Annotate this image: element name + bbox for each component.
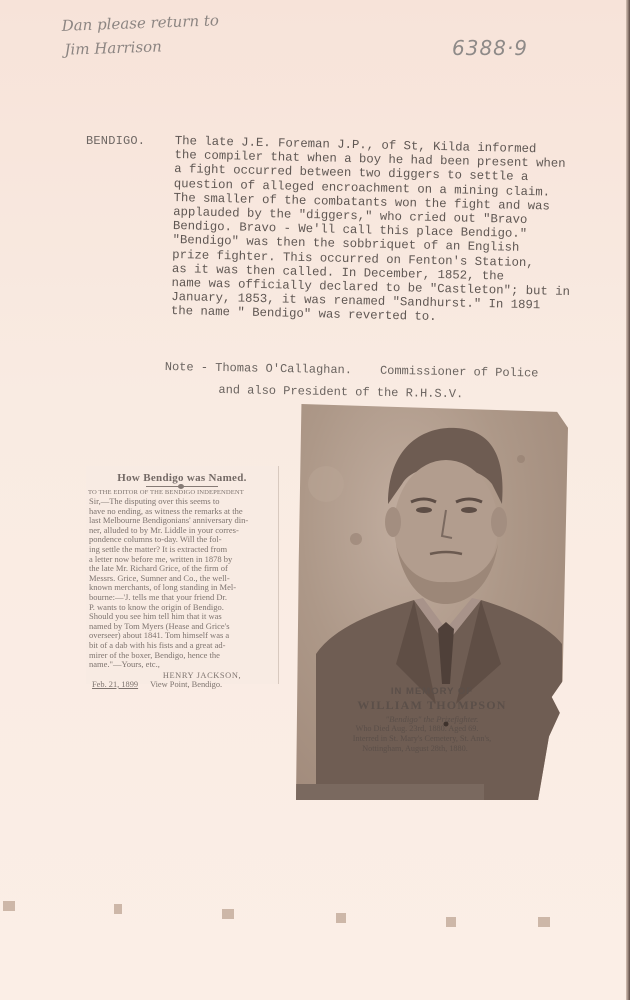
clipping-dateline: Feb. 21, 1899View Point, Bendigo. xyxy=(86,680,278,689)
clipping-line: ing settle the matter? It is extracted f… xyxy=(89,545,278,555)
caption-died: Who Died Aug. 23rd, 1880. Aged 69. xyxy=(266,724,568,734)
binder-mark xyxy=(3,901,15,911)
caption-interred: Interred in St. Mary's Cemetery, St. Ann… xyxy=(276,734,568,744)
binder-mark xyxy=(538,917,550,927)
memorial-portrait: IN MEMORY OF WILLIAM THOMPSON "Bendigo" … xyxy=(296,404,568,800)
binder-mark xyxy=(114,904,122,914)
newspaper-clipping: How Bendigo was Named. To the Editor of … xyxy=(86,466,279,684)
clipping-line: P. wants to know the origin of Bendigo. xyxy=(89,603,278,613)
page-edge-shadow xyxy=(626,0,630,1000)
binder-mark xyxy=(336,913,346,923)
caption-in-memory: IN MEMORY OF xyxy=(296,686,568,697)
clipping-line: a letter now before me, written in 1878 … xyxy=(89,555,278,565)
clipping-line: Messrs. Grice, Sumner and Co., the well- xyxy=(89,574,278,584)
clipping-line: overseer) about 1841. Tom himself was a xyxy=(89,631,278,641)
memorial-caption: IN MEMORY OF WILLIAM THOMPSON "Bendigo" … xyxy=(296,686,568,754)
clipping-title: How Bendigo was Named. xyxy=(86,472,278,484)
clipping-line: have no ending, as witness the remarks a… xyxy=(89,507,278,517)
clipping-line: ner, alluded to by Mr. Liddle in your co… xyxy=(89,526,278,536)
note-title: Commissioner of Police xyxy=(380,364,539,381)
clipping-body: Sir,—The disputing over this seems to ha… xyxy=(86,496,278,670)
caption-name: WILLIAM THOMPSON xyxy=(296,698,568,713)
entry-heading: BENDIGO. xyxy=(86,134,145,148)
clipping-rule-ornament xyxy=(146,486,218,487)
note-block: Note - Thomas O'Callaghan.Commissioner o… xyxy=(164,356,538,407)
caption-place: Nottingham, August 28th, 1880. xyxy=(262,744,568,754)
clipping-line: known merchants, of long standing in Mel… xyxy=(89,583,278,593)
clipping-line: the late Mr. Richard Grice, of the firm … xyxy=(89,564,278,574)
clipping-line: bit of a dab with his fists and a great … xyxy=(89,641,278,651)
clipping-line: Should you see him tell him that it was xyxy=(89,612,278,622)
clipping-line: Sir,—The disputing over this seems to xyxy=(89,497,278,507)
entry-body: The late J.E. Foreman J.P., of St, Kilda… xyxy=(171,134,595,328)
handwritten-note: Dan please return to Jim Harrison xyxy=(61,6,283,62)
note-name: Note - Thomas O'Callaghan. xyxy=(165,360,352,377)
clipping-line: name."—Yours, etc., xyxy=(89,660,278,670)
clipping-line: pondence columns to-day. Will the fol- xyxy=(89,535,278,545)
portrait-bottom-border xyxy=(296,784,484,800)
binder-mark xyxy=(222,909,234,919)
document-page: Dan please return to Jim Harrison 6388·9… xyxy=(0,0,630,1000)
caption-nickname: "Bendigo" the Prizefighter. xyxy=(296,714,568,724)
clipping-date: Feb. 21, 1899 xyxy=(92,680,150,689)
reference-number: 6388·9 xyxy=(452,36,528,60)
clipping-line: last Melbourne Bendigonians' anniversary… xyxy=(89,516,278,526)
clipping-line: mirer of the boxer, Bendigo, hence the xyxy=(89,651,278,661)
clipping-line: named by Tom Myers (Hease and Grice's xyxy=(89,622,278,632)
clipping-place: View Point, Bendigo. xyxy=(150,680,222,689)
clipping-addressee: To the Editor of the Bendigo Independent xyxy=(86,489,278,496)
binder-mark xyxy=(446,917,456,927)
clipping-signature: HENRY JACKSON, xyxy=(86,671,278,680)
clipping-line: bourne:—'J. tells me that your friend Dr… xyxy=(89,593,278,603)
